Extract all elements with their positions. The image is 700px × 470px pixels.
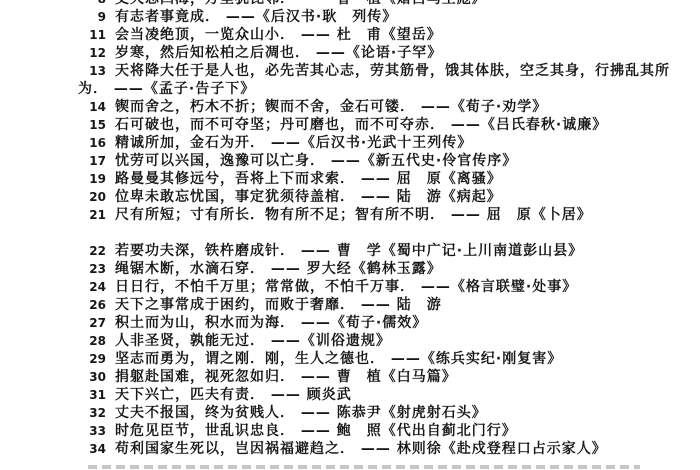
document-page: 8丈夫志四海，万里犹比邻． —— 曹 植《赠白马王彪》9有志者事竟成． ——《后…	[0, 0, 700, 470]
line-number: 30	[0, 368, 106, 386]
line-text: 积土而为山，积水而为海． ——《荀子·儒效》	[115, 314, 427, 332]
line-text: 路曼曼其修远兮，吾将上下而求索． —— 屈 原《离骚》	[115, 170, 502, 188]
line-number: 26	[0, 296, 106, 314]
line-text: 时危见臣节，世乱识忠良． —— 鲍 照《代出自蓟北门行》	[115, 422, 517, 440]
line-text: 天将降大任于是人也，必先苦其心志，劳其筋骨，饿其体肤，空乏其身，行拂乱其所	[115, 62, 670, 80]
quote-line: 15石可破也，而不可夺坚；丹可磨也，而不可夺赤． ——《吕氏春秋·诚廉》	[0, 116, 700, 134]
line-number: 16	[0, 134, 106, 152]
line-number: 23	[0, 260, 106, 278]
quote-line: 22若要功夫深，铁杵磨成针． —— 曹 学《蜀中广记·上川南道彭山县》	[0, 242, 700, 260]
line-text: 有志者事竟成． ——《后汉书·耿 列传》	[115, 8, 397, 26]
line-text: 天下兴亡，匹夫有责． —— 顾炎武	[115, 386, 352, 404]
line-text: 绳锯木断，水滴石穿． —— 罗大经《鹤林玉露》	[115, 260, 442, 278]
quote-line: 28人非圣贤，孰能无过． ——《训俗遗规》	[0, 332, 700, 350]
line-text: 精诚所加，金石为开． ——《后汉书·光武十王列传》	[115, 134, 472, 152]
line-number: 13	[0, 62, 106, 80]
quote-line: 26天下之事常成于困约，而败于奢靡． —— 陆 游	[0, 296, 700, 314]
line-text: 锲而舍之，朽木不折；锲而不舍，金石可镂． ——《荀子·劝学》	[115, 98, 547, 116]
line-text: 天下之事常成于困约，而败于奢靡． —— 陆 游	[115, 296, 442, 314]
line-number: 24	[0, 278, 106, 296]
line-text: 丈夫不报国，终为贫贱人． —— 陈恭尹《射虎射石头》	[115, 404, 487, 422]
document-body: 8丈夫志四海，万里犹比邻． —— 曹 植《赠白马王彪》9有志者事竟成． ——《后…	[0, 0, 700, 458]
line-text: 会当凌绝顶，一览众山小． —— 杜 甫《望岳》	[115, 26, 442, 44]
line-number: 15	[0, 116, 106, 134]
line-number: 28	[0, 332, 106, 350]
line-number: 12	[0, 44, 106, 62]
line-number: 29	[0, 350, 106, 368]
quote-line: 24日日行，不怕千万里；常常做，不怕千万事． ——《格言联璧·处事》	[0, 278, 700, 296]
line-text: 苟利国家生死以，岂因祸福避趋之． —— 林则徐《赴戍登程口占示家人》	[115, 440, 607, 458]
line-text: 捐躯赴国难，视死忽如归． —— 曹 植《白马篇》	[115, 368, 457, 386]
quote-line: 17忧劳可以兴国，逸豫可以亡身． ——《新五代史·伶官传序》	[0, 152, 700, 170]
line-number: 31	[0, 386, 106, 404]
quote-line: 30捐躯赴国难，视死忽如归． —— 曹 植《白马篇》	[0, 368, 700, 386]
line-text: 石可破也，而不可夺坚；丹可磨也，而不可夺赤． ——《吕氏春秋·诚廉》	[115, 116, 607, 134]
line-number: 21	[0, 206, 106, 224]
line-number: 14	[0, 98, 106, 116]
quote-line: 31天下兴亡，匹夫有责． —— 顾炎武	[0, 386, 700, 404]
quote-line: 34苟利国家生死以，岂因祸福避趋之． —— 林则徐《赴戍登程口占示家人》	[0, 440, 700, 458]
line-number: 17	[0, 152, 106, 170]
line-number: 32	[0, 404, 106, 422]
line-text: 岁寒，然后知松柏之后凋也． ——《论语·子罕》	[115, 44, 442, 62]
line-text: 为． ——《孟子·告子下》	[78, 80, 255, 98]
quote-line: 13天将降大任于是人也，必先苦其心志，劳其筋骨，饿其体肤，空乏其身，行拂乱其所	[0, 62, 700, 80]
quote-line: 33时危见臣节，世乱识忠良． —— 鲍 照《代出自蓟北门行》	[0, 422, 700, 440]
line-number: 22	[0, 242, 106, 260]
line-text: 坚志而勇为，谓之刚．刚，生人之德也． ——《练兵实纪·刚复害》	[115, 350, 562, 368]
quote-line: 11会当凌绝顶，一览众山小． —— 杜 甫《望岳》	[0, 26, 700, 44]
line-number: 8	[0, 0, 106, 8]
line-number: 20	[0, 188, 106, 206]
line-text: 位卑未敢忘忧国，事定犹须待盖棺． —— 陆 游《病起》	[115, 188, 502, 206]
line-text: 人非圣贤，孰能无过． ——《训俗遗规》	[115, 332, 391, 350]
line-text: 丈夫志四海，万里犹比邻． —— 曹 植《赠白马王彪》	[115, 0, 487, 8]
quote-line: 29坚志而勇为，谓之刚．刚，生人之德也． ——《练兵实纪·刚复害》	[0, 350, 700, 368]
line-text: 忧劳可以兴国，逸豫可以亡身． ——《新五代史·伶官传序》	[115, 152, 517, 170]
line-number: 11	[0, 26, 106, 44]
line-text: 尺有所短；寸有所长．物有所不足；智有所不明． —— 屈 原《卜居》	[115, 206, 592, 224]
quote-line: 8丈夫志四海，万里犹比邻． —— 曹 植《赠白马王彪》	[0, 0, 700, 8]
line-number: 19	[0, 170, 106, 188]
quote-line: 23绳锯木断，水滴石穿． —— 罗大经《鹤林玉露》	[0, 260, 700, 278]
line-number: 27	[0, 314, 106, 332]
line-number: 34	[0, 440, 106, 458]
quote-line: 16精诚所加，金石为开． ——《后汉书·光武十王列传》	[0, 134, 700, 152]
quote-line: 21尺有所短；寸有所长．物有所不足；智有所不明． —— 屈 原《卜居》	[0, 206, 700, 224]
quote-line: 12岁寒，然后知松柏之后凋也． ——《论语·子罕》	[0, 44, 700, 62]
line-number: 9	[0, 8, 106, 26]
quote-line: 27积土而为山，积水而为海． ——《荀子·儒效》	[0, 314, 700, 332]
quote-line: 19路曼曼其修远兮，吾将上下而求索． —— 屈 原《离骚》	[0, 170, 700, 188]
quote-line: 9有志者事竟成． ——《后汉书·耿 列传》	[0, 8, 700, 26]
quote-line: 32丈夫不报国，终为贫贱人． —— 陈恭尹《射虎射石头》	[0, 404, 700, 422]
line-number: 33	[0, 422, 106, 440]
quote-line: 20位卑未敢忘忧国，事定犹须待盖棺． —— 陆 游《病起》	[0, 188, 700, 206]
line-text: 日日行，不怕千万里；常常做，不怕千万事． ——《格言联璧·处事》	[115, 278, 577, 296]
quote-line: 14锲而舍之，朽木不折；锲而不舍，金石可镂． ——《荀子·劝学》	[0, 98, 700, 116]
quote-line: 为． ——《孟子·告子下》	[0, 80, 700, 98]
next-line-clipped-text	[88, 465, 640, 469]
blank-line	[0, 224, 700, 242]
line-text: 若要功夫深，铁杵磨成针． —— 曹 学《蜀中广记·上川南道彭山县》	[115, 242, 583, 260]
